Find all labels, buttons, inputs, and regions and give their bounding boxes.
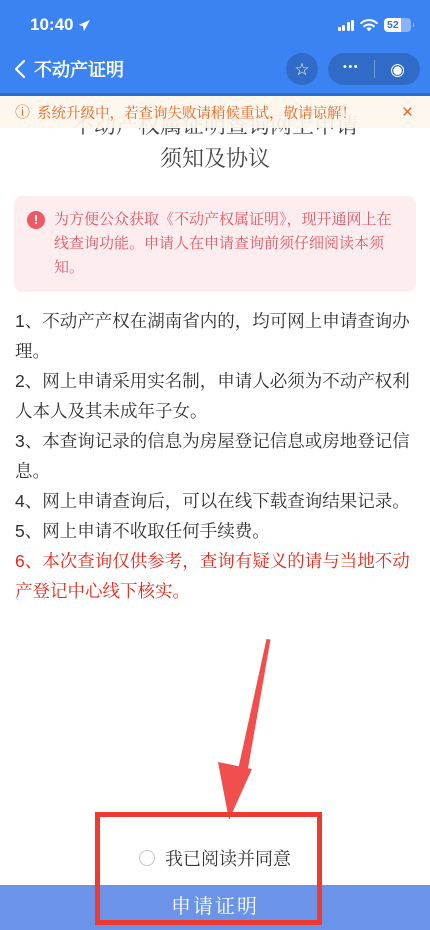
back-chevron-icon[interactable] [14,59,26,79]
battery-tip [413,23,415,28]
status-bar: 10:40 52 [0,0,430,44]
rule-item-5: 5、网上申请不收取任何手续费。 [15,516,415,546]
status-time: 10:40 [30,15,73,35]
capsule-divider [374,60,375,78]
rule-item-4: 4、网上申请查询后，可以在线下载查询结果记录。 [15,486,415,516]
more-menu-icon[interactable]: ••• [343,62,359,76]
rules-list: 1、不动产产权在湖南省内的，均可网上申请查询办理。 2、网上申请采用实名制，申请… [15,306,415,606]
battery-percent: 52 [384,18,411,32]
intro-alert: ! 为方便公众获取《不动产权属证明》，现开通网上在线查询功能。申请人在申请查询前… [14,196,416,292]
submit-button[interactable]: 申请证明 [0,885,430,930]
favorite-button[interactable]: ☆ [286,53,318,85]
rule-item-1: 1、不动产产权在湖南省内的，均可网上申请查询办理。 [15,306,415,366]
system-notice-bar: ⓘ 系统升级中，若查询失败请稍候重试，敬请谅解！ × [0,96,430,128]
star-icon: ☆ [294,61,309,78]
exclamation-icon: ! [27,211,45,229]
info-icon: ⓘ [15,105,30,120]
page-content: 不动产权属证明查询网上申请 须知及协议 ! 为方便公众获取《不动产权属证明》，现… [0,96,430,606]
nav-bar: 不动产证明 ☆ ••• ◉ [0,46,430,92]
notice-text: 系统升级中，若查询失败请稍候重试，敬请谅解！ [37,102,393,123]
agreement-row[interactable]: 我已阅读并同意 [0,847,430,869]
notice-close-icon[interactable]: × [400,103,415,122]
wifi-icon [360,19,378,32]
page-title-line2: 须知及协议 [0,142,430,175]
rule-item-3: 3、本查询记录的信息为房屋登记信息或房地登记信息。 [15,426,415,486]
intro-alert-text: 为方便公众获取《不动产权属证明》，现开通网上在线查询功能。申请人在申请查询前须仔… [54,208,403,280]
agree-radio[interactable] [139,850,155,866]
battery-icon: 52 [384,18,411,32]
rule-item-6: 6、本次查询仅供参考，查询有疑义的请与当地不动产登记中心线下核实。 [15,546,415,606]
rule-item-2: 2、网上申请采用实名制，申请人必须为不动产权利人本人及其未成年子女。 [15,366,415,426]
location-arrow-icon [78,19,91,32]
miniprogram-capsule: ••• ◉ [328,53,420,85]
close-home-icon[interactable]: ◉ [390,61,405,78]
page-nav-title: 不动产证明 [34,56,124,82]
agree-label[interactable]: 我已阅读并同意 [165,845,291,871]
app-header: 10:40 52 不动产证明 ☆ ••• [0,0,430,96]
cellular-signal-icon [338,20,355,31]
